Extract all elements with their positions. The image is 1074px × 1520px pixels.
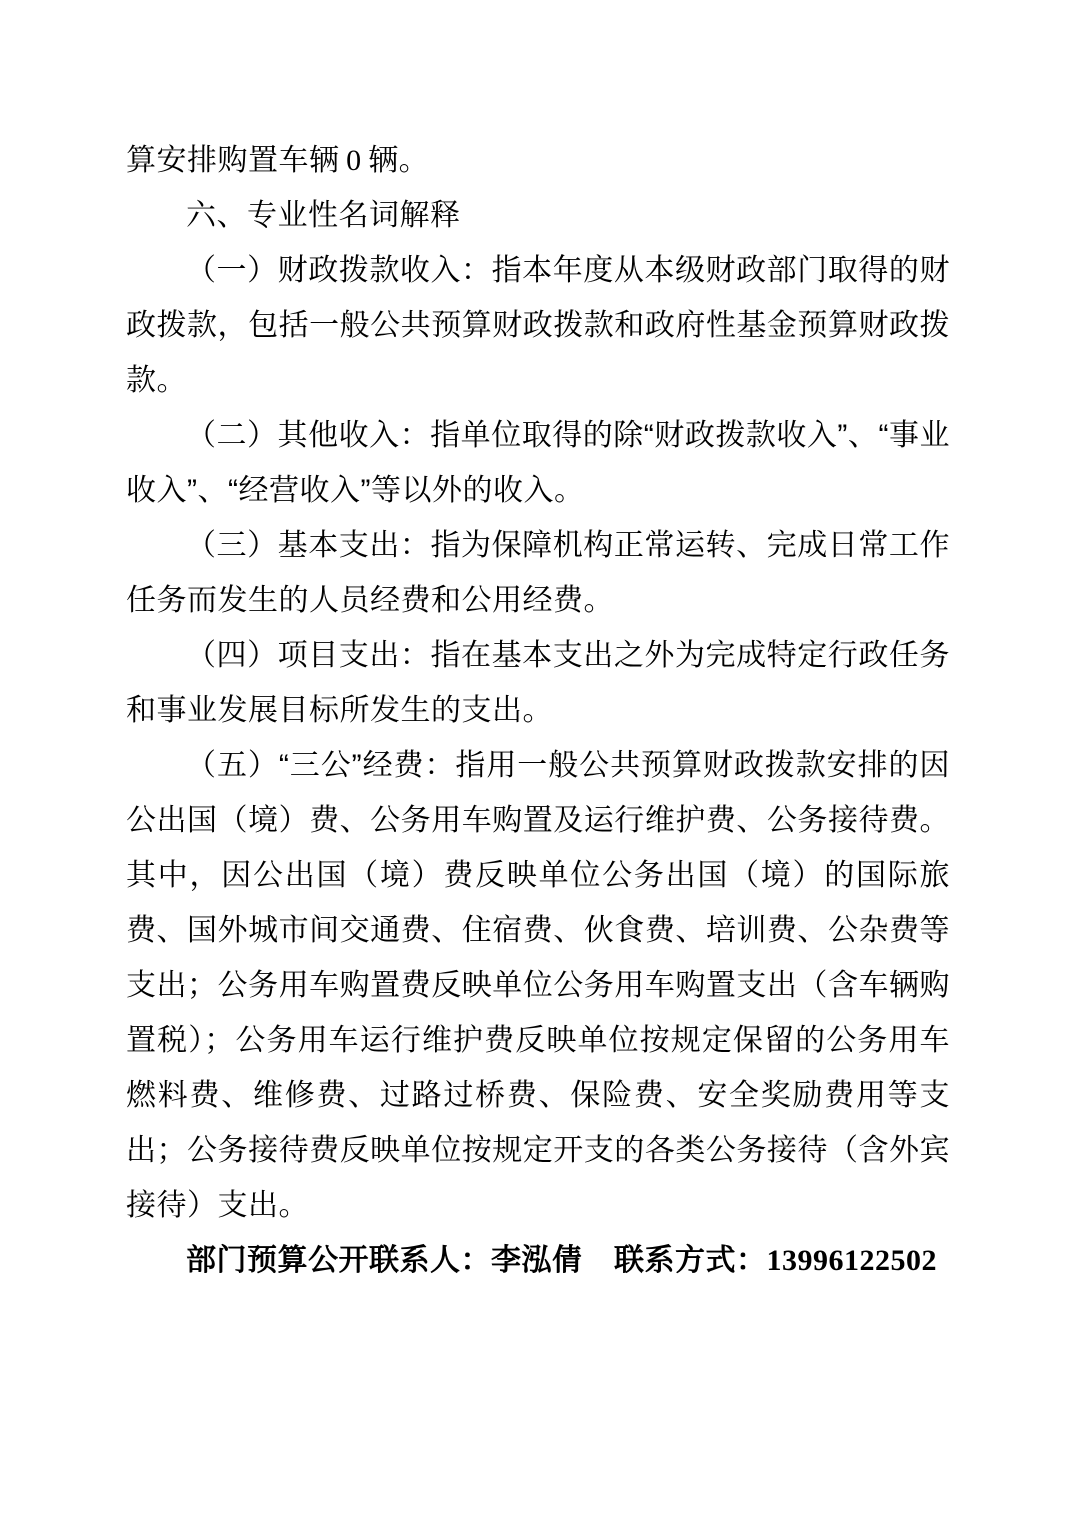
term-definition-three-public-funds: （五）“三公”经费：指用一般公共预算财政拨款安排的因公出国（境）费、公务用车购置… [126, 738, 950, 1233]
term-definition-project-expenditure: （四）项目支出：指在基本支出之外为完成特定行政任务和事业发展目标所发生的支出。 [126, 628, 950, 738]
term-definition-basic-expenditure: （三）基本支出：指为保障机构正常运转、完成日常工作任务而发生的人员经费和公用经费… [126, 518, 950, 628]
vehicle-count-value: 0 [346, 144, 362, 177]
contact-phone-number: 13996122502 [767, 1244, 938, 1277]
contact-info-line: 部门预算公开联系人：李泓倩联系方式：13996122502 [126, 1233, 950, 1288]
vehicle-tail-suffix: 辆。 [368, 144, 429, 177]
term-definition-other-income: （二）其他收入：指单位取得的除“财政拨款收入”、“事业收入”、“经营收入”等以外… [126, 408, 950, 518]
document-page: 算安排购置车辆0辆。 六、专业性名词解释 （一）财政拨款收入：指本年度从本级财政… [0, 0, 1074, 1520]
term-definition-fiscal-appropriation-income: （一）财政拨款收入：指本年度从本级财政部门取得的财政拨款，包括一般公共预算财政拨… [126, 243, 950, 408]
contact-person-label: 部门预算公开联系人：李泓倩 [186, 1244, 583, 1277]
paragraph-vehicle-purchase-tail: 算安排购置车辆0辆。 [126, 133, 950, 188]
section-heading-terminology: 六、专业性名词解释 [126, 188, 950, 243]
contact-method-label: 联系方式： [614, 1244, 767, 1277]
vehicle-tail-prefix: 算安排购置车辆 [126, 144, 340, 177]
